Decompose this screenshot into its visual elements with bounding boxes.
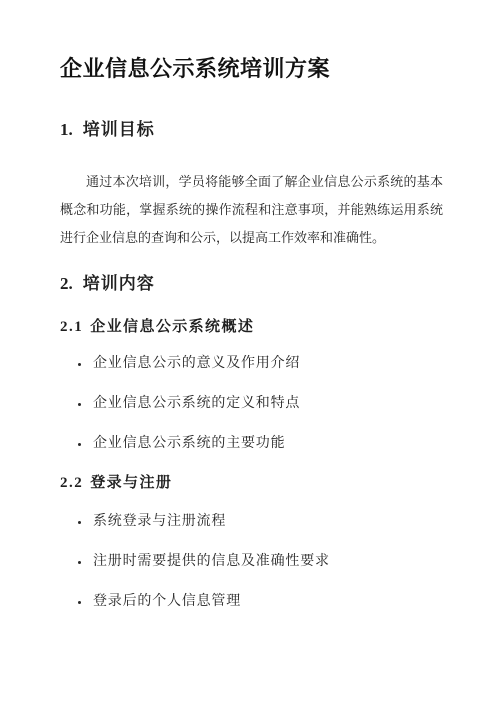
section-2-heading: 2.培训内容 bbox=[60, 274, 443, 294]
list-item: 企业信息公示系统的定义和特点 bbox=[78, 396, 443, 412]
list-item-text: 注册时需要提供的信息及准确性要求 bbox=[93, 554, 330, 570]
bullet-icon bbox=[78, 363, 81, 366]
list-item: 系统登录与注册流程 bbox=[78, 514, 443, 530]
subsection-2-2-number: 2.2 bbox=[60, 474, 83, 492]
document-page: 企业信息公示系统培训方案 1.培训目标 通过本次培训，学员将能够全面了解企业信息… bbox=[0, 0, 500, 707]
list-item: 登录后的个人信息管理 bbox=[78, 594, 443, 610]
bullet-icon bbox=[78, 443, 81, 446]
list-item: 企业信息公示的意义及作用介绍 bbox=[78, 356, 443, 372]
list-item-text: 企业信息公示系统的定义和特点 bbox=[93, 396, 300, 412]
subsection-2-1-number: 2.1 bbox=[60, 318, 83, 336]
list-item: 注册时需要提供的信息及准确性要求 bbox=[78, 554, 443, 570]
section-1-heading: 1.培训目标 bbox=[60, 120, 443, 140]
section-2-title: 培训内容 bbox=[83, 274, 155, 293]
bullet-icon bbox=[78, 521, 81, 524]
section-1-title: 培训目标 bbox=[83, 120, 155, 139]
subsection-2-1-title: 企业信息公示系统概述 bbox=[90, 319, 254, 335]
section-1-number: 1. bbox=[60, 120, 73, 140]
list-item-text: 企业信息公示的意义及作用介绍 bbox=[93, 356, 300, 372]
subsection-2-2-title: 登录与注册 bbox=[90, 475, 172, 491]
list-item-text: 系统登录与注册流程 bbox=[93, 514, 226, 530]
list-item-text: 登录后的个人信息管理 bbox=[93, 594, 241, 610]
subsection-2-1-heading: 2.1企业信息公示系统概述 bbox=[60, 318, 443, 336]
list-item-text: 企业信息公示系统的主要功能 bbox=[93, 436, 285, 452]
list-item: 企业信息公示系统的主要功能 bbox=[78, 436, 443, 452]
bullet-icon bbox=[78, 561, 81, 564]
bullet-icon bbox=[78, 601, 81, 604]
section-2-number: 2. bbox=[60, 274, 73, 294]
subsection-2-1-bullet-list: 企业信息公示的意义及作用介绍 企业信息公示系统的定义和特点 企业信息公示系统的主… bbox=[60, 356, 443, 452]
document-title: 企业信息公示系统培训方案 bbox=[60, 54, 443, 84]
bullet-icon bbox=[78, 403, 81, 406]
subsection-2-2-heading: 2.2登录与注册 bbox=[60, 474, 443, 492]
section-1-paragraph: 通过本次培训，学员将能够全面了解企业信息公示系统的基本概念和功能，掌握系统的操作… bbox=[60, 168, 443, 252]
subsection-2-2-bullet-list: 系统登录与注册流程 注册时需要提供的信息及准确性要求 登录后的个人信息管理 bbox=[60, 514, 443, 610]
